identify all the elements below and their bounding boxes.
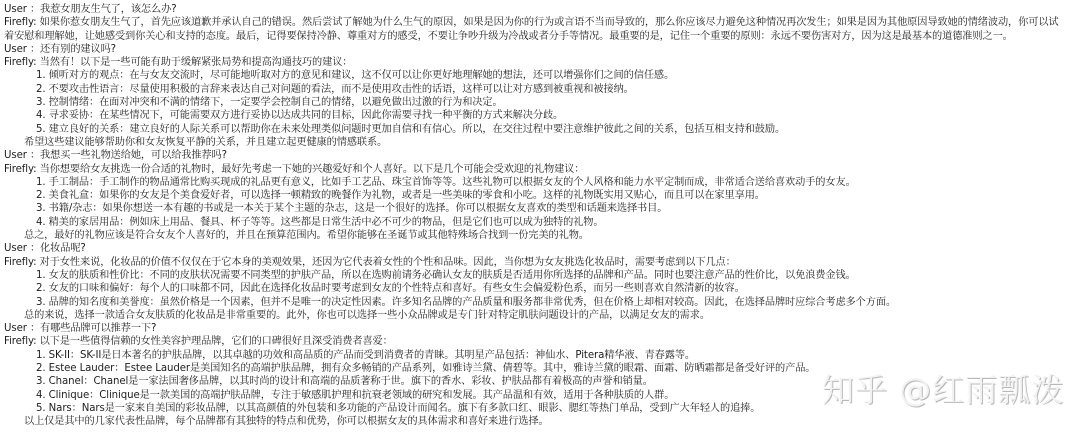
chat-transcript: User ：我惹女朋友生气了，该怎么办? Firefly: 如果你惹女朋友生气了… [4,3,1080,429]
summary-text: 以上仅是其中的几家代表性品牌，每个品牌都有其独特的特点和优势，你可以根据女友的具… [4,415,1080,428]
speaker-label: User [4,4,30,15]
speaker-label: Firefly: [4,257,37,268]
list-item: 2. 女友的口味和偏好：每个人的口味都不同，因此在选择化妆品时要考虑到女友的个性… [4,282,1080,295]
speaker-label: Firefly: [4,17,37,28]
message-text: ：我想买一些礼物送给她，可以给我推荐吗? [30,150,227,161]
user-message: User ：有哪些品牌可以推荐一下? [4,322,1080,335]
list-item: 5. 建立良好的关系：建立良好的人际关系可以帮助你在未来处理类似问题时更加自信和… [4,123,1080,136]
list-item: 4. 寻求妥协：在某些情况下，可能需要双方进行妥协以达成共同的目标，因此你需要寻… [4,109,1080,122]
speaker-label: User [4,323,30,334]
user-message: User ：我想买一些礼物送给她，可以给我推荐吗? [4,149,1080,162]
list-item: 1. 手工制品：手工制作的物品通常比购买现成的礼品更有意义，比如手工艺品、珠宝首… [4,176,1080,189]
speaker-label: Firefly: [4,57,37,68]
message-text: 以下是一些值得信赖的女性美容护理品牌，它们的口碑很好且深受消费者喜爱： [37,336,393,347]
assistant-message: Firefly: 对于女性来说，化妆品的价值不仅仅在于它本身的美观效果，还因为它… [4,256,1080,269]
assistant-message: Firefly: 如果你惹女朋友生气了，首先应该道歉并承认自己的错误。然后尝试了… [4,16,1080,29]
message-text: ：有哪些品牌可以推荐一下? [30,323,156,334]
summary-text: 总的来说，选择一款适合女友肤质的化妆品是非常重要的。此外，你也可以选择一些小众品… [4,309,1080,322]
list-item: 2. 美食礼盒：如果你的女友是个美食爱好者，可以选择一顿精致的晚餐作为礼物，或者… [4,189,1080,202]
message-text: 当你想要给女友挑选一份合适的礼物时，最好先考虑一下她的兴趣爱好和个人喜好。以下是… [37,164,585,175]
list-item: 1. 倾听对方的观点：在与女友交流时，尽可能地听取对方的意见和建议，这不仅可以让… [4,69,1080,82]
list-item: 1. SK-II：SK-II是日本著名的护肤品牌，以其卓越的功效和高品质的产品而… [4,349,1080,362]
speaker-label: Firefly: [4,336,37,347]
message-text: ：我惹女朋友生气了，该怎么办? [30,4,177,15]
list-item: 3. 品牌的知名度和美誉度：虽然价格是一个因素，但并不是唯一的决定性因素。许多知… [4,296,1080,309]
list-item: 3. 控制情绪：在面对冲突和不满的情绪下，一定要学会控制自己的情绪，以避免做出过… [4,96,1080,109]
message-text: 如果你惹女朋友生气了，首先应该道歉并承认自己的错误。然后尝试了解她为什么生气的原… [37,17,1059,28]
message-text: 当然有！以下是一些可能有助于缓解紧张局势和提高沟通技巧的建议： [37,57,353,68]
list-item: 3. 书籍/杂志：如果你想送一本有趣的书或是一本关于某个主题的杂志，这是一个很好… [4,202,1080,215]
speaker-label: User [4,44,30,55]
speaker-label: User [4,150,30,161]
message-text: 对于女性来说，化妆品的价值不仅仅在于它本身的美观效果，还因为它代表着女性的个性和… [37,257,736,268]
message-text: 着安慰和理解她，让她感受到你关心和支持的态度。最后，记得要保持冷静、尊重对方的感… [4,31,1013,42]
summary-text: 希望这些建议能够帮助你和女友恢复平静的关系，并且建立起更健康的情感联系。 [4,136,1080,149]
assistant-message: Firefly: 当你想要给女友挑选一份合适的礼物时，最好先考虑一下她的兴趣爱好… [4,163,1080,176]
zhihu-watermark: 知乎 @红雨瓢泼 [822,370,1064,410]
assistant-message: Firefly: 以下是一些值得信赖的女性美容护理品牌，它们的口碑很好且深受消费… [4,335,1080,348]
user-message: User ：化妆品呢? [4,242,1080,255]
list-item: 1. 女友的肤质和性价比：不同的皮肤状况需要不同类型的护肤产品，所以在选购前请务… [4,269,1080,282]
speaker-label: User [4,243,30,254]
assistant-message-continued: 着安慰和理解她，让她感受到你关心和支持的态度。最后，记得要保持冷静、尊重对方的感… [4,30,1080,43]
message-text: ：还有别的建议吗? [30,44,116,55]
user-message: User ：我惹女朋友生气了，该怎么办? [4,3,1080,16]
message-text: ：化妆品呢? [30,243,86,254]
assistant-message: Firefly: 当然有！以下是一些可能有助于缓解紧张局势和提高沟通技巧的建议： [4,56,1080,69]
list-item: 2. 不要攻击性语言：尽量使用积极的言辞来表达自己对问题的看法，而不是使用攻击性… [4,83,1080,96]
list-item: 4. 精美的家居用品：例如床上用品、餐具、杯子等等。这些都是日常生活中必不可少的… [4,216,1080,229]
user-message: User ：还有别的建议吗? [4,43,1080,56]
speaker-label: Firefly: [4,164,37,175]
summary-text: 总之，最好的礼物应该是符合女友个人喜好的，并且在预算范围内。希望你能够在圣诞节或… [4,229,1080,242]
